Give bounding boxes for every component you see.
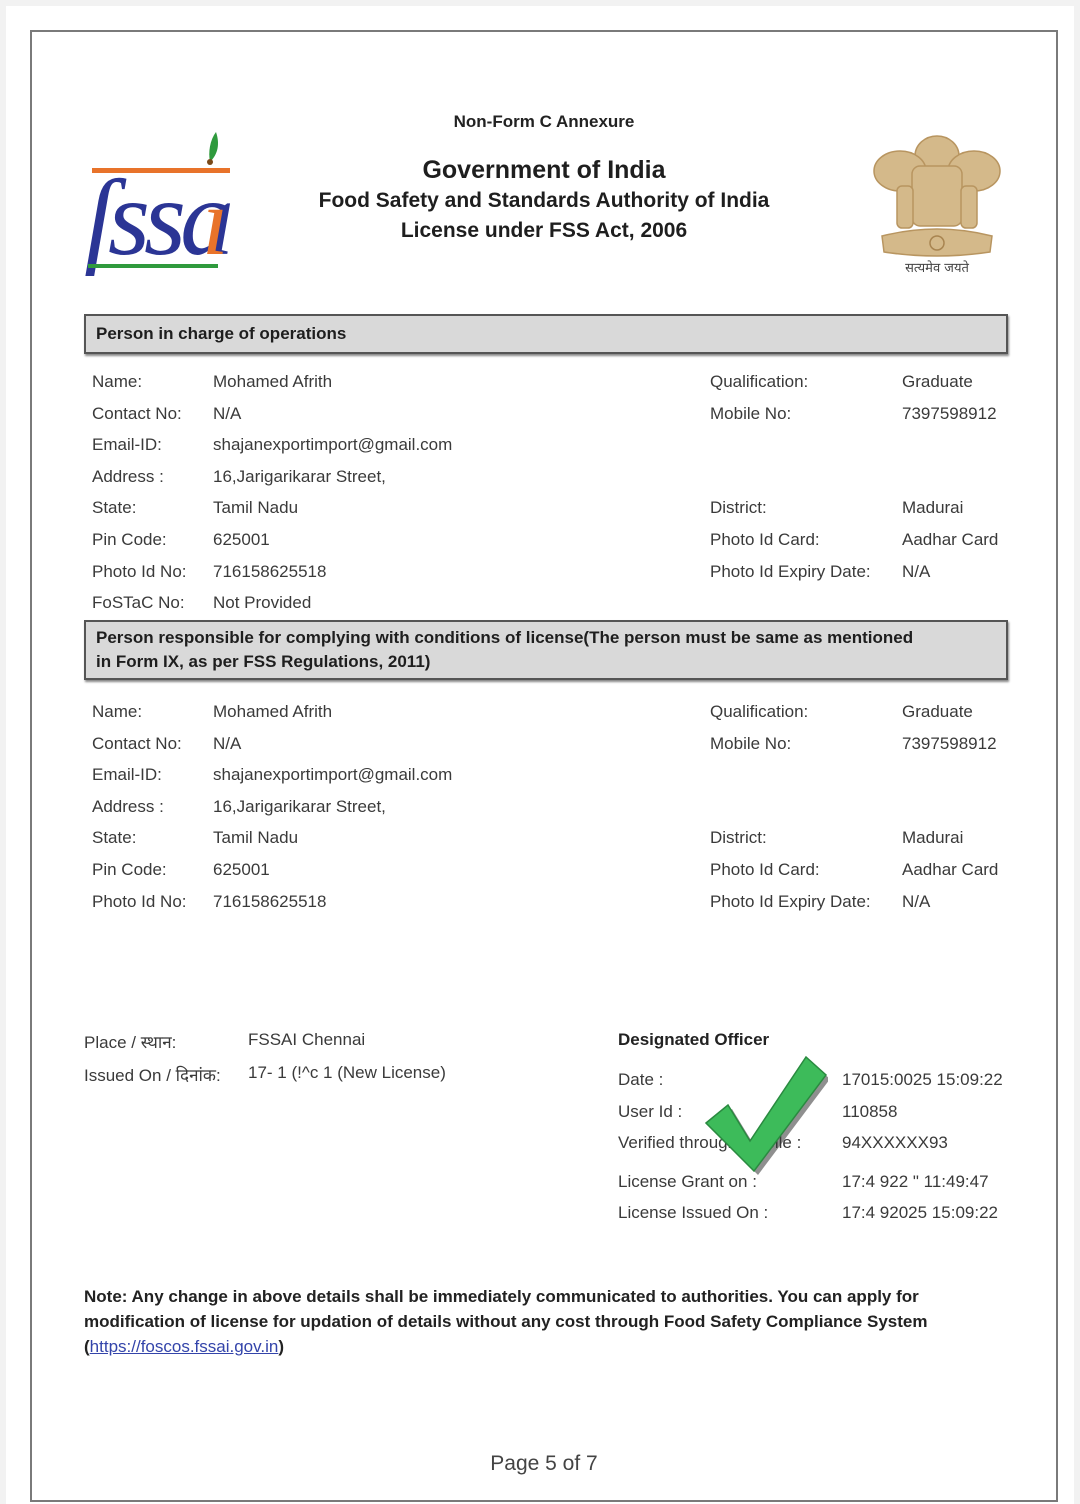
field-label: State: xyxy=(92,828,136,848)
field-label: Photo Id No: xyxy=(92,562,187,582)
field-value: Not Provided xyxy=(213,593,311,613)
field-label: District: xyxy=(710,828,767,848)
field-value: Madurai xyxy=(902,498,963,518)
field-value: shajanexportimport@gmail.com xyxy=(213,435,452,455)
field-label: Contact No: xyxy=(92,734,182,754)
field-value: shajanexportimport@gmail.com xyxy=(213,765,452,785)
issued-on-value: 17- 1 (!^c 1 (New License) xyxy=(248,1063,446,1083)
field-label: Photo Id Card: xyxy=(710,530,820,550)
field-value: Mohamed Afrith xyxy=(213,702,332,722)
field-value: 716158625518 xyxy=(213,892,326,912)
field-value: Tamil Nadu xyxy=(213,828,298,848)
field-value: Graduate xyxy=(902,372,973,392)
field-value: 7397598912 xyxy=(902,734,997,754)
field-label: Pin Code: xyxy=(92,530,167,550)
field-label: Email-ID: xyxy=(92,765,162,785)
field-value: Aadhar Card xyxy=(902,530,998,550)
officer-label: License Issued On : xyxy=(618,1203,768,1223)
green-checkmark-icon xyxy=(698,1053,828,1178)
field-label: Photo Id Expiry Date: xyxy=(710,562,871,582)
field-value: Mohamed Afrith xyxy=(213,372,332,392)
field-label: Photo Id No: xyxy=(92,892,187,912)
verified-stamp xyxy=(698,1053,828,1178)
section-title-line2: in Form IX, as per FSS Regulations, 2011… xyxy=(96,650,996,674)
field-label: Name: xyxy=(92,372,142,392)
designated-officer-title: Designated Officer xyxy=(618,1030,769,1050)
place-value: FSSAI Chennai xyxy=(248,1030,365,1050)
field-value: Aadhar Card xyxy=(902,860,998,880)
field-value: N/A xyxy=(213,734,241,754)
officer-value: 110858 xyxy=(842,1102,897,1122)
field-label: Qualification: xyxy=(710,372,808,392)
field-label: Mobile No: xyxy=(710,404,791,424)
field-value: Tamil Nadu xyxy=(213,498,298,518)
field-value: 7397598912 xyxy=(902,404,997,424)
fssai-logo-icon: ſssa ı xyxy=(82,126,238,276)
field-value: 625001 xyxy=(213,530,270,550)
issued-on-label: Issued On / दिनांक: xyxy=(84,1063,221,1086)
note-paragraph: Note: Any change in above details shall … xyxy=(84,1284,1004,1359)
field-value: N/A xyxy=(902,892,930,912)
foscos-link[interactable]: https://foscos.fssai.gov.in xyxy=(90,1337,279,1356)
field-label: Address : xyxy=(92,797,164,817)
officer-value: 94XXXXXX93 xyxy=(842,1133,948,1153)
field-label: District: xyxy=(710,498,767,518)
officer-value: 17015:0025 15:09:22 xyxy=(842,1070,1003,1090)
field-label: FoSTaC No: xyxy=(92,593,185,613)
place-label: Place / स्थान: xyxy=(84,1030,176,1053)
field-value: N/A xyxy=(902,562,930,582)
section-heading-compliance: Person responsible for complying with co… xyxy=(84,620,1008,680)
field-label: Pin Code: xyxy=(92,860,167,880)
field-label: Email-ID: xyxy=(92,435,162,455)
national-emblem: सत्यमेव जयते xyxy=(862,126,1012,276)
field-label: Address : xyxy=(92,467,164,487)
field-label: State: xyxy=(92,498,136,518)
document-page: Non-Form C Annexure Government of India … xyxy=(30,30,1058,1502)
officer-value: 17:4 92025 15:09:22 xyxy=(842,1203,998,1223)
officer-label: Date : xyxy=(618,1070,663,1090)
field-value: 16,Jarigarikarar Street, xyxy=(213,797,386,817)
field-label: Name: xyxy=(92,702,142,722)
field-value: 716158625518 xyxy=(213,562,326,582)
field-value: Madurai xyxy=(902,828,963,848)
svg-text:सत्यमेव जयते: सत्यमेव जयते xyxy=(905,260,969,276)
field-label: Photo Id Card: xyxy=(710,860,820,880)
field-label: Contact No: xyxy=(92,404,182,424)
section-title-line1: Person responsible for complying with co… xyxy=(96,626,996,650)
fssai-logo: ſssa ı xyxy=(82,126,238,276)
officer-label: User Id : xyxy=(618,1102,682,1122)
field-value: 16,Jarigarikarar Street, xyxy=(213,467,386,487)
section-title: Person in charge of operations xyxy=(96,324,346,343)
svg-text:ı: ı xyxy=(202,168,229,275)
field-label: Mobile No: xyxy=(710,734,791,754)
field-value: 625001 xyxy=(213,860,270,880)
field-label: Qualification: xyxy=(710,702,808,722)
lion-capital-emblem-icon: सत्यमेव जयते xyxy=(862,126,1012,276)
officer-value: 17:4 922 " 11:49:47 xyxy=(842,1172,989,1192)
section-heading-operations: Person in charge of operations xyxy=(84,314,1008,354)
page-number: Page 5 of 7 xyxy=(32,1452,1056,1476)
field-value: N/A xyxy=(213,404,241,424)
note-tail: ) xyxy=(278,1337,284,1356)
page-background: Non-Form C Annexure Government of India … xyxy=(6,6,1074,1504)
field-value: Graduate xyxy=(902,702,973,722)
field-label: Photo Id Expiry Date: xyxy=(710,892,871,912)
